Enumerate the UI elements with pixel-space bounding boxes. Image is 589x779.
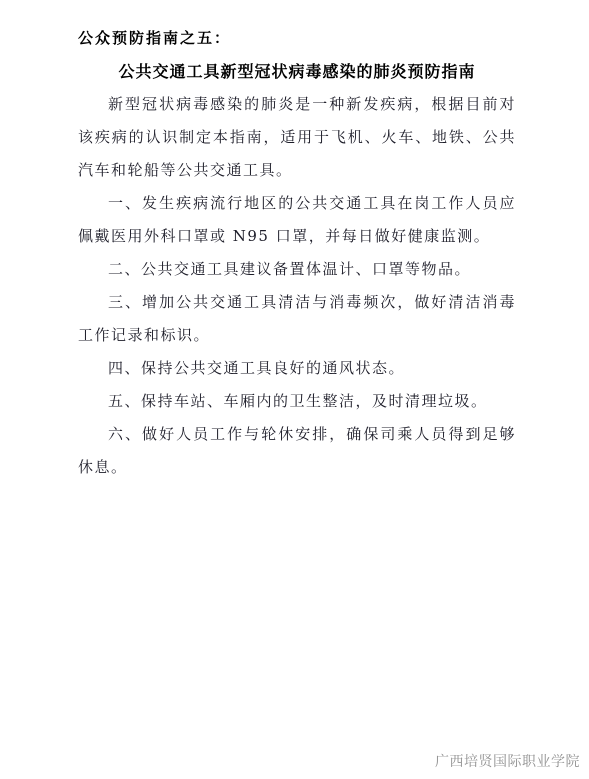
page-title: 公共交通工具新型冠状病毒感染的肺炎预防指南 — [78, 55, 516, 88]
guideline-item-5: 五、保持车站、车厢内的卫生整洁，及时清理垃圾。 — [78, 385, 516, 418]
guideline-item-1: 一、发生疾病流行地区的公共交通工具在岗工作人员应佩戴医用外科口罩或 N95 口罩… — [78, 187, 516, 253]
guideline-item-6: 六、做好人员工作与轮休安排，确保司乘人员得到足够休息。 — [78, 418, 516, 484]
document-body: 公众预防指南之五： 公共交通工具新型冠状病毒感染的肺炎预防指南 新型冠状病毒感染… — [78, 22, 516, 484]
guideline-item-2: 二、公共交通工具建议备置体温计、口罩等物品。 — [78, 253, 516, 286]
institution-watermark: 广西培贤国际职业学院 — [435, 751, 580, 771]
intro-paragraph: 新型冠状病毒感染的肺炎是一种新发疾病，根据目前对该疾病的认识制定本指南，适用于飞… — [78, 88, 516, 187]
guideline-item-3: 三、增加公共交通工具清洁与消毒频次，做好清洁消毒工作记录和标识。 — [78, 286, 516, 352]
document-page: 公众预防指南之五： 公共交通工具新型冠状病毒感染的肺炎预防指南 新型冠状病毒感染… — [0, 0, 589, 779]
guideline-item-4: 四、保持公共交通工具良好的通风状态。 — [78, 352, 516, 385]
series-title: 公众预防指南之五： — [78, 22, 516, 55]
